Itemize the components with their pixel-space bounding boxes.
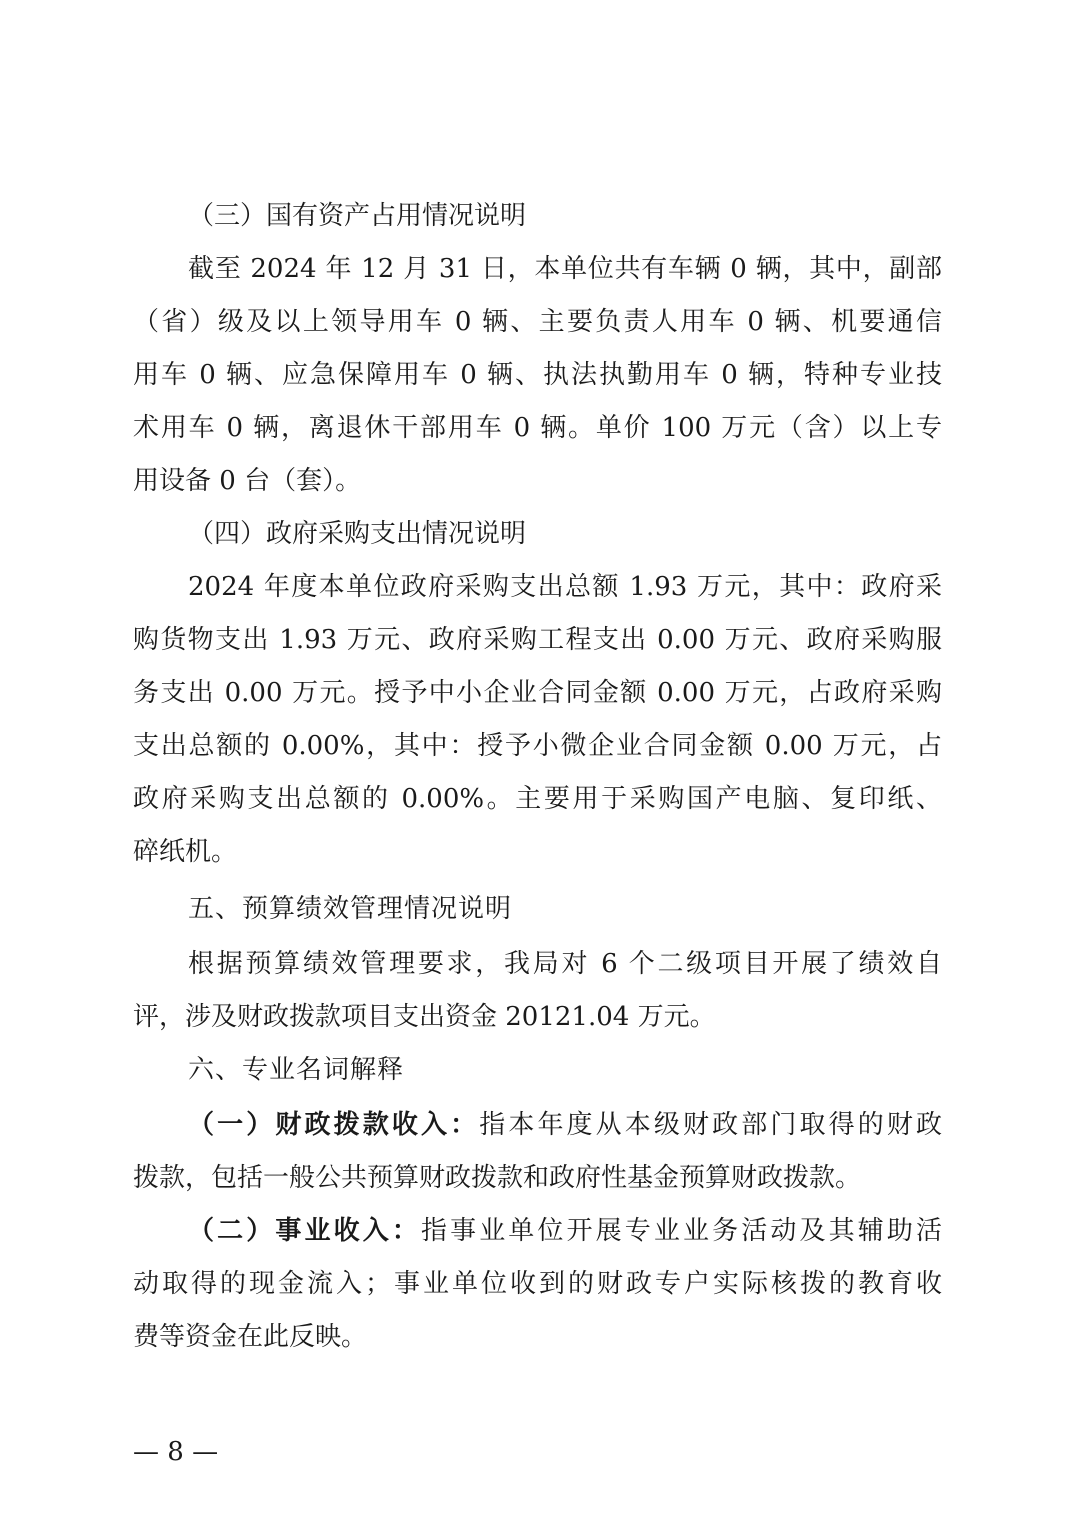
glossary-definition: 指事业单位开展专业业务活动及其辅助活 [421,1216,942,1246]
paragraph-line: 碎纸机。 [133,832,942,872]
page-number: — 8 — [133,1432,218,1472]
paragraph-line: 支出总额的 0.00%，其中：授予小微企业合同金额 0.00 万元，占 [133,726,942,766]
paragraph-line: 动取得的现金流入；事业单位收到的财政专户实际核拨的教育收 [133,1264,942,1304]
paragraph-line: 术用车 0 辆，离退休干部用车 0 辆。单价 100 万元（含）以上专 [133,408,942,448]
glossary-term-line: （二）事业收入：指事业单位开展专业业务活动及其辅助活 [188,1211,942,1251]
glossary-term: （一）财政拨款收入： [188,1110,479,1140]
section-heading-state-assets: （三）国有资产占用情况说明 [188,196,942,236]
paragraph-line: 政府采购支出总额的 0.00%。主要用于采购国产电脑、复印纸、 [133,779,942,819]
paragraph-line: 根据预算绩效管理要求，我局对 6 个二级项目开展了绩效自 [188,944,942,984]
paragraph-line: 2024 年度本单位政府采购支出总额 1.93 万元，其中：政府采 [188,567,942,607]
paragraph-line: （省）级及以上领导用车 0 辆、主要负责人用车 0 辆、机要通信 [133,302,942,342]
section-heading-glossary: 六、专业名词解释 [188,1050,942,1090]
paragraph-line: 务支出 0.00 万元。授予中小企业合同金额 0.00 万元，占政府采购 [133,673,942,713]
section-heading-procurement: （四）政府采购支出情况说明 [188,514,942,554]
glossary-definition: 指本年度从本级财政部门取得的财政 [479,1110,942,1140]
section-heading-performance: 五、预算绩效管理情况说明 [188,889,942,929]
document-page: （三）国有资产占用情况说明 截至 2024 年 12 月 31 日，本单位共有车… [0,0,1075,1520]
paragraph-line: 用车 0 辆、应急保障用车 0 辆、执法执勤用车 0 辆，特种专业技 [133,355,942,395]
paragraph-line: 费等资金在此反映。 [133,1317,942,1357]
paragraph-line: 截至 2024 年 12 月 31 日，本单位共有车辆 0 辆，其中，副部 [188,249,942,289]
paragraph-line: 用设备 0 台（套）。 [133,461,942,501]
glossary-term-line: （一）财政拨款收入：指本年度从本级财政部门取得的财政 [188,1105,942,1145]
glossary-term: （二）事业收入： [188,1216,421,1246]
paragraph-line: 购货物支出 1.93 万元、政府采购工程支出 0.00 万元、政府采购服 [133,620,942,660]
paragraph-line: 拨款，包括一般公共预算财政拨款和政府性基金预算财政拨款。 [133,1158,942,1198]
paragraph-line: 评，涉及财政拨款项目支出资金 20121.04 万元。 [133,997,942,1037]
